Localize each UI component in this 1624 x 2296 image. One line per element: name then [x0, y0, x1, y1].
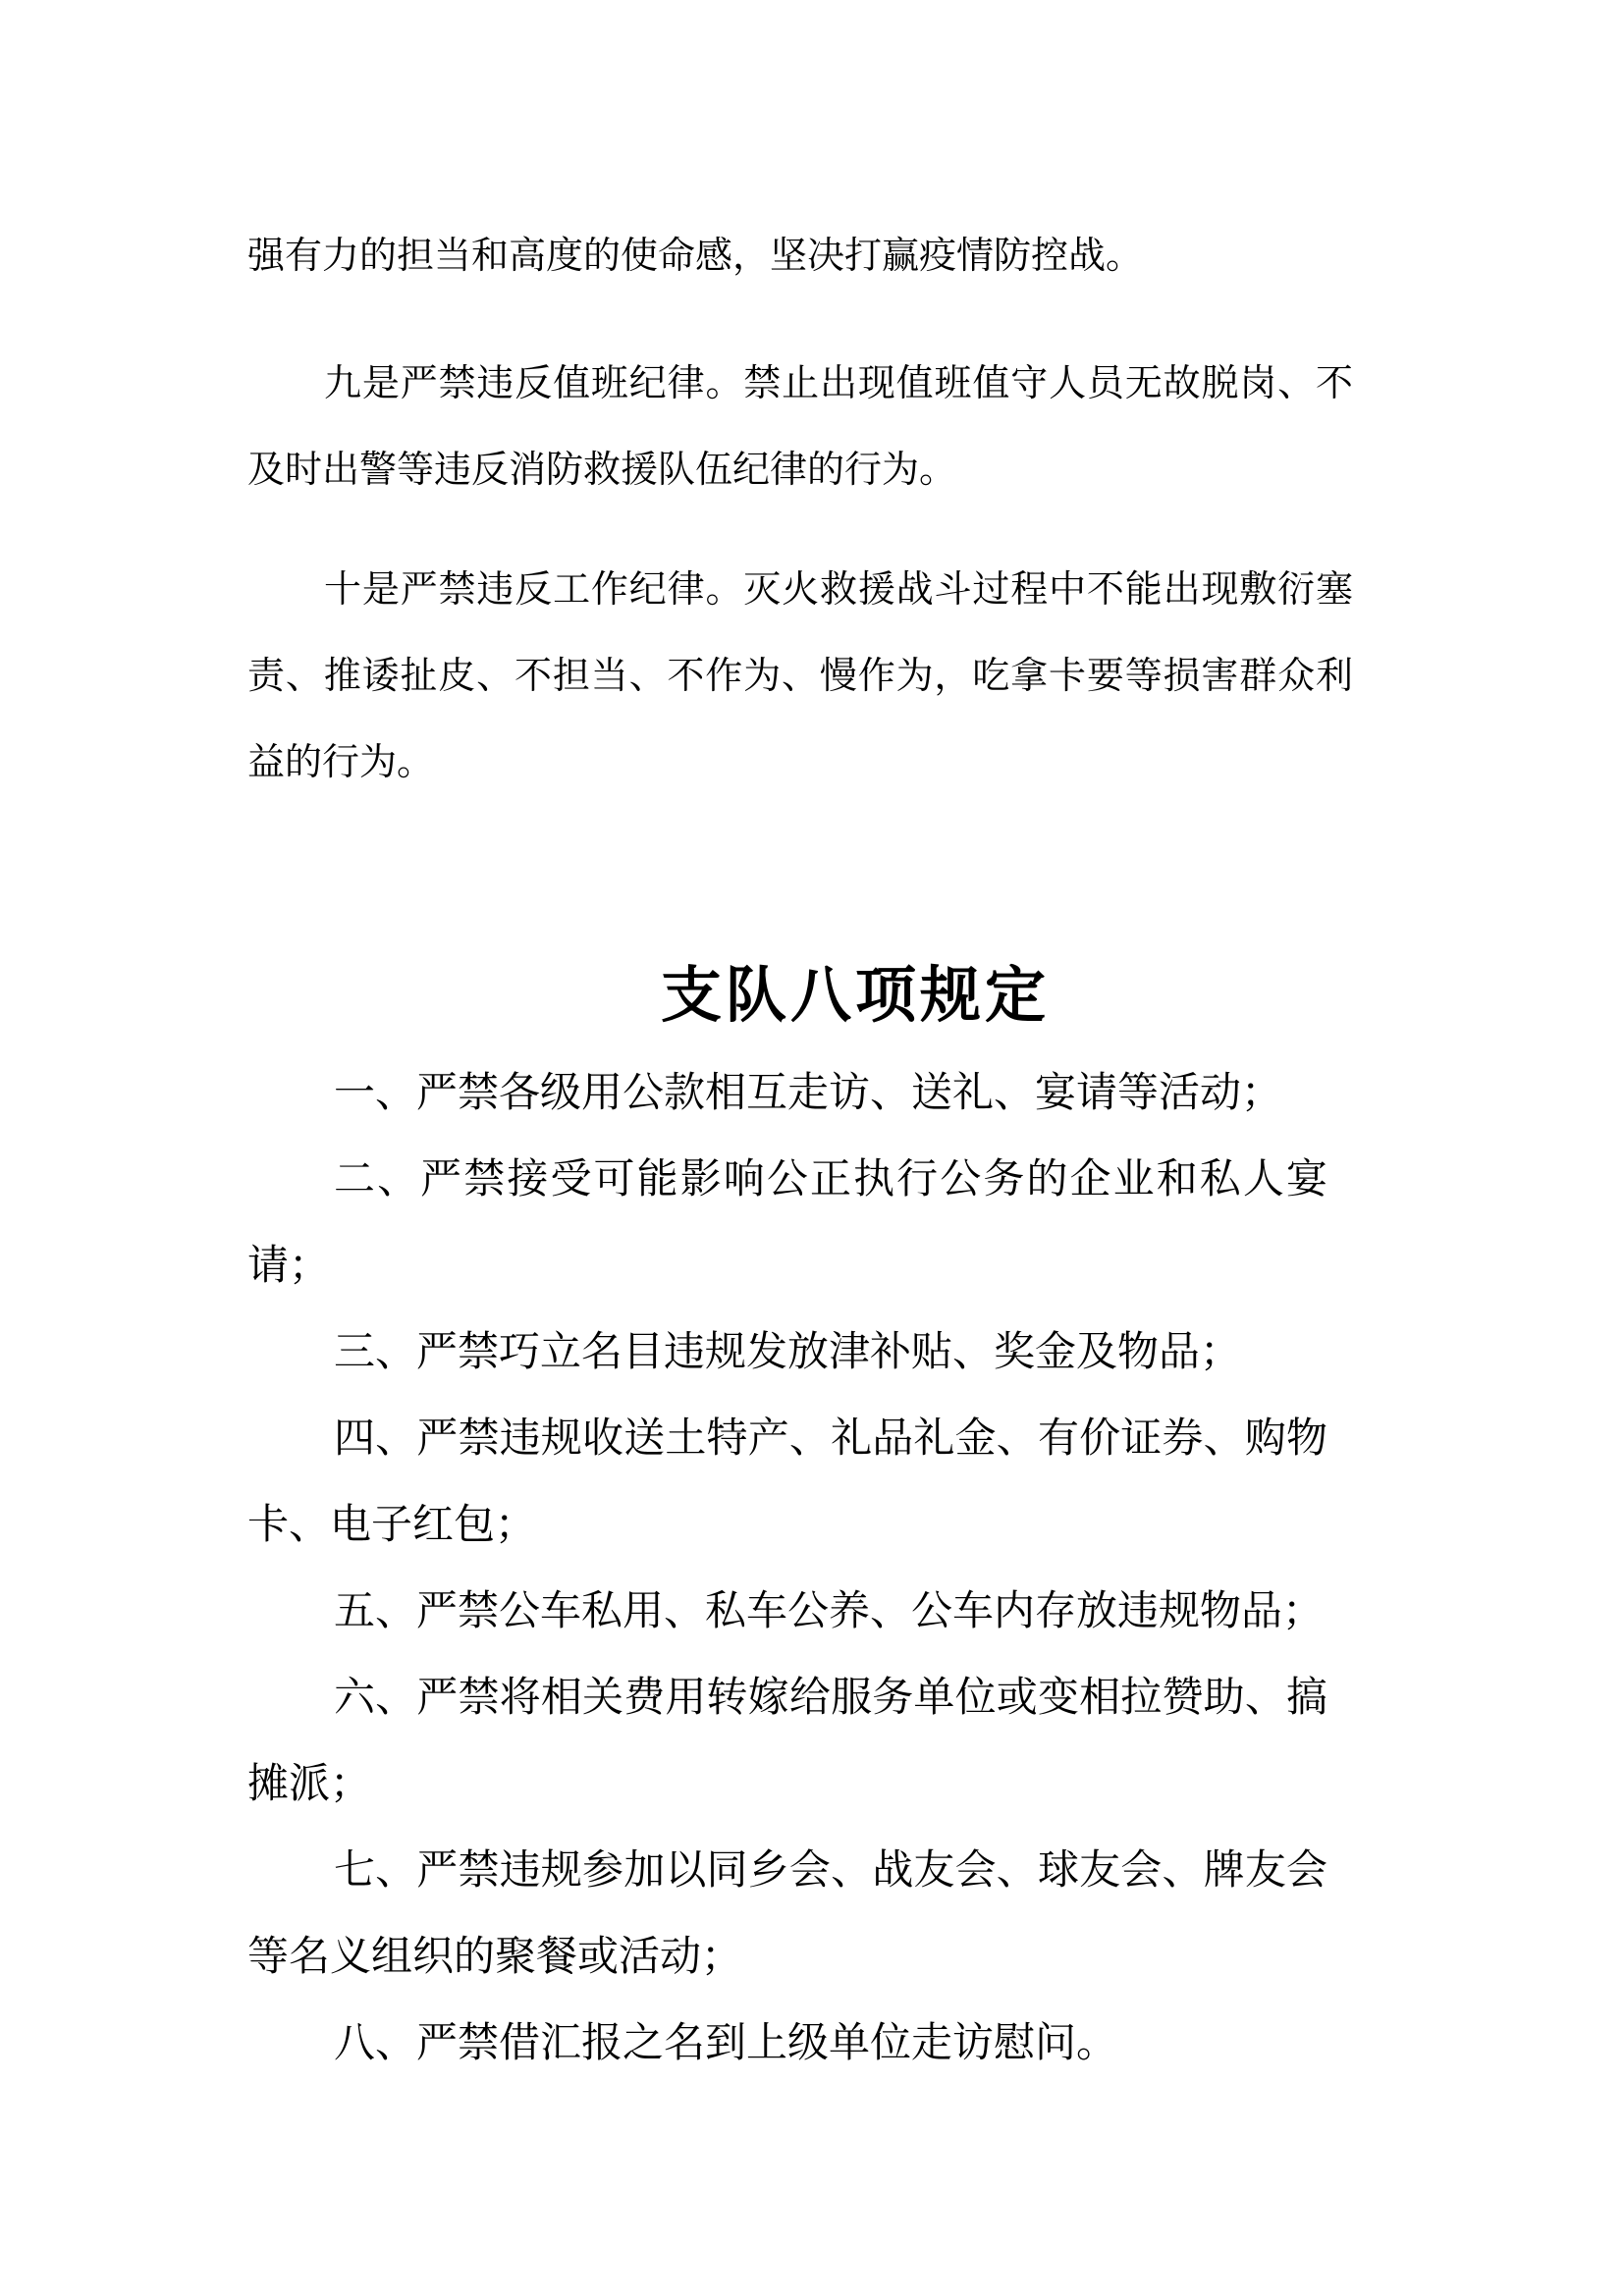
- rule-item-2: 二、严禁接受可能影响公正执行公务的企业和私人宴请；: [247, 1136, 1327, 1308]
- rule-item-3: 三、严禁巧立名目违规发放津补贴、奖金及物品；: [247, 1308, 1327, 1395]
- rule-item-5: 五、严禁公车私用、私车公养、公车内存放违规物品；: [247, 1568, 1327, 1654]
- rules-list: 一、严禁各级用公款相互走访、送礼、宴请等活动； 二、严禁接受可能影响公正执行公务…: [247, 1049, 1327, 2086]
- rule-item-7: 七、严禁违规参加以同乡会、战友会、球友会、牌友会等名义组织的聚餐或活动；: [247, 1827, 1327, 2000]
- section-title: 支队八项规定: [302, 952, 1408, 1039]
- rule-item-6: 六、严禁将相关费用转嫁给服务单位或变相拉赞助、搞摊派；: [247, 1654, 1327, 1827]
- rule-item-8: 八、严禁借汇报之名到上级单位走访慰问。: [247, 2000, 1327, 2086]
- rule-item-4: 四、严禁违规收送土特产、礼品礼金、有价证券、购物卡、电子红包；: [247, 1395, 1327, 1568]
- paragraph-continuation: 强有力的担当和高度的使命感，坚决打赢疫情防控战。: [247, 212, 1353, 298]
- paragraph-nine: 九是严禁违反值班纪律。禁止出现值班值守人员无故脱岗、不及时出警等违反消防救援队伍…: [247, 340, 1353, 512]
- paragraph-ten: 十是严禁违反工作纪律。灭火救援战斗过程中不能出现敷衍塞责、推诿扯皮、不担当、不作…: [247, 546, 1353, 805]
- rule-item-1: 一、严禁各级用公款相互走访、送礼、宴请等活动；: [247, 1049, 1327, 1136]
